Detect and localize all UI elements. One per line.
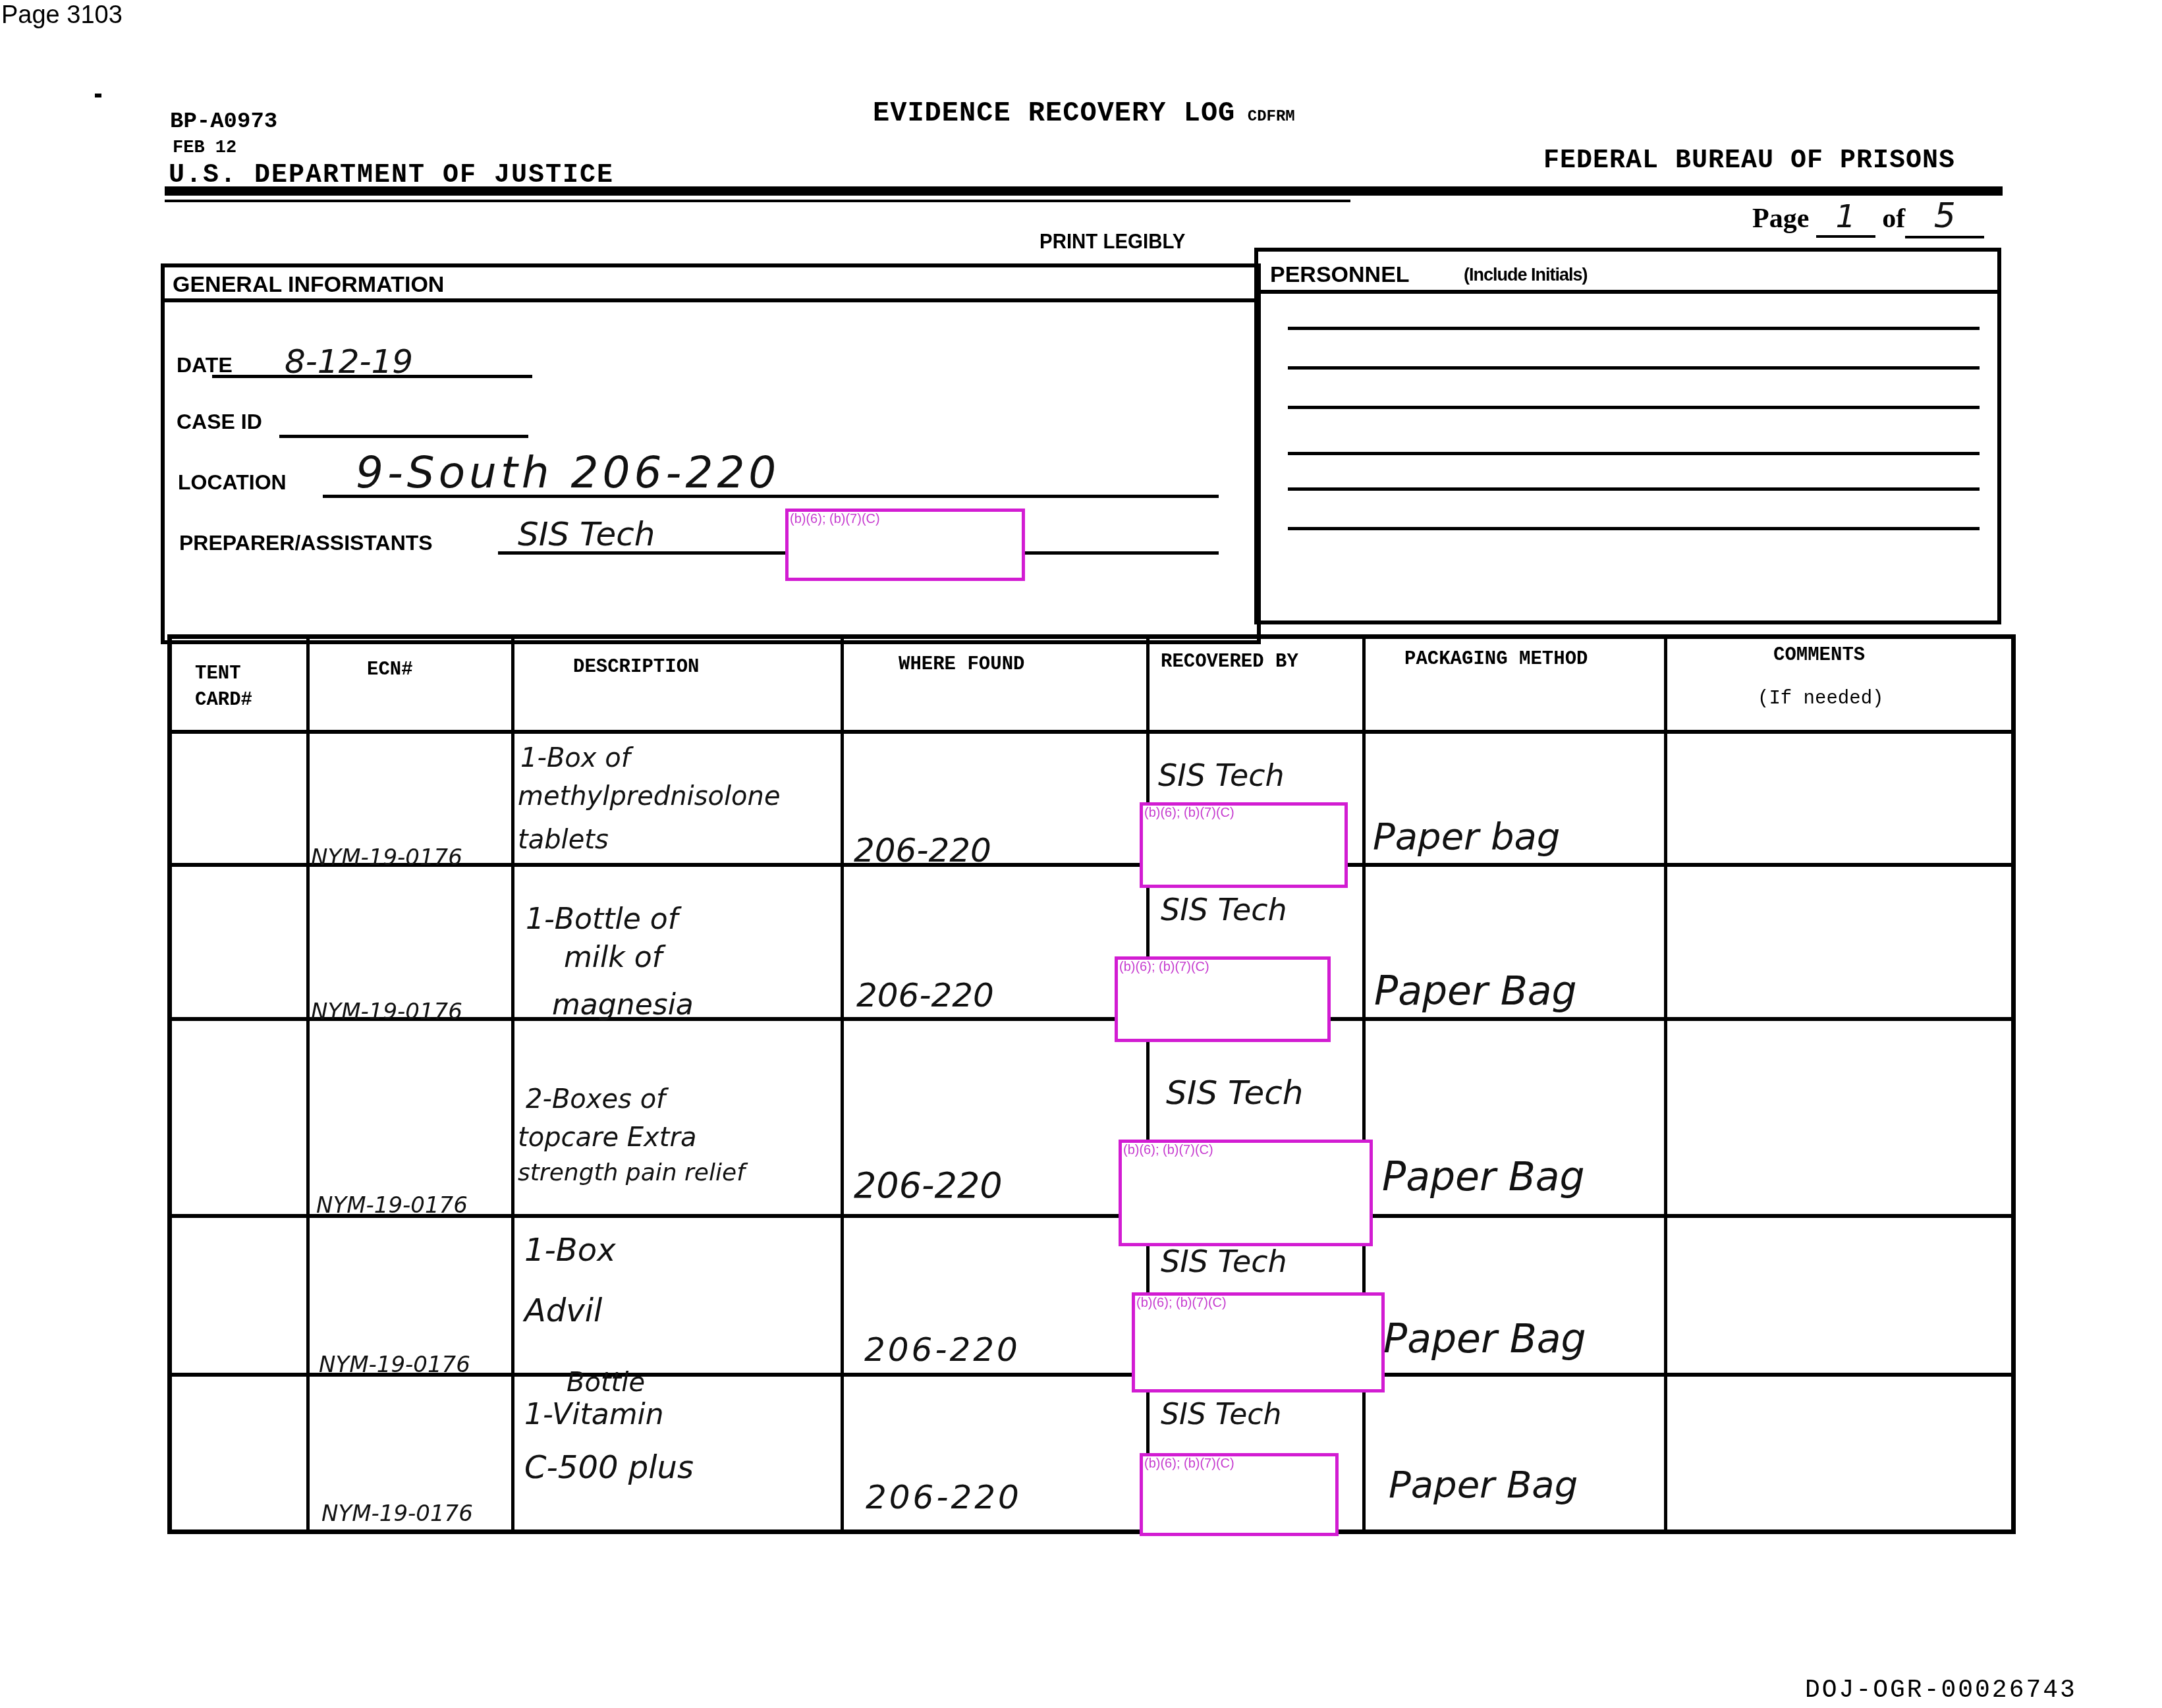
description-line: 1-Vitamin xyxy=(524,1398,664,1431)
where-found-cell[interactable]: 206-220 xyxy=(854,831,991,869)
print-legibly-note: PRINT LEGIBLY xyxy=(1039,229,1185,254)
comments-cell[interactable] xyxy=(1670,1025,2009,1213)
where-found-cell[interactable]: 206-220 xyxy=(856,976,994,1014)
scan-mark xyxy=(95,94,101,97)
preparer-redaction-box: (b)(6); (b)(7)(C) xyxy=(785,509,1025,581)
recovered-by-cell[interactable]: SIS Tech xyxy=(1158,758,1285,793)
column-header-tent-card: TENT CARD# xyxy=(195,661,281,713)
packaging-cell[interactable]: Paper Bag xyxy=(1374,968,1577,1014)
case-id-label: CASE ID xyxy=(177,410,262,434)
recovered-by-cell[interactable]: SIS Tech xyxy=(1166,1074,1303,1112)
packaging-cell[interactable]: Paper Bag xyxy=(1382,1154,1585,1200)
personnel-subheading: (Include Initials) xyxy=(1464,265,1588,285)
column-header-comments: COMMENTS xyxy=(1773,644,1865,666)
header-rule-thin xyxy=(165,200,1350,202)
comments-cell[interactable] xyxy=(1670,1381,2009,1531)
column-header-where-found: WHERE FOUND xyxy=(899,653,1024,675)
page-current-field[interactable]: 1 xyxy=(1816,198,1875,238)
tent-card-cell[interactable] xyxy=(177,1025,305,1213)
description-line: strength pain relief xyxy=(518,1159,745,1186)
ecn-cell[interactable]: NYM-19-0176 xyxy=(311,999,462,1025)
form-title: EVIDENCE RECOVERY LOG CDFRM xyxy=(873,97,1295,129)
form-date: FEB 12 xyxy=(173,138,236,158)
column-header-packaging-method: PACKAGING METHOD xyxy=(1404,648,1588,670)
redaction-code: (b)(6); (b)(7)(C) xyxy=(790,512,880,527)
description-line: 2-Boxes of xyxy=(526,1084,665,1115)
recovered-by-cell[interactable]: SIS Tech xyxy=(1161,1398,1281,1431)
col-divider-5 xyxy=(1362,636,1366,1534)
col-divider-3 xyxy=(841,636,844,1534)
recovered-by-redaction-box: (b)(6); (b)(7)(C) xyxy=(1140,802,1348,888)
recovered-by-redaction-box: (b)(6); (b)(7)(C) xyxy=(1140,1453,1339,1536)
recovered-by-cell[interactable]: SIS Tech xyxy=(1161,892,1287,927)
bates-number: DOJ-OGR-00026743 xyxy=(1805,1676,2077,1705)
redaction-code: (b)(6); (b)(7)(C) xyxy=(1144,1456,1234,1472)
personnel-line-2[interactable] xyxy=(1288,366,1980,370)
case-id-field[interactable] xyxy=(279,400,528,438)
comments-cell[interactable] xyxy=(1670,1223,2009,1371)
description-line: Bottle xyxy=(567,1367,645,1398)
date-field[interactable]: 8-12-19 xyxy=(212,343,532,378)
packaging-cell[interactable]: Paper Bag xyxy=(1389,1464,1578,1506)
general-info-heading: GENERAL INFORMATION xyxy=(173,272,444,298)
location-label: LOCATION xyxy=(178,470,287,495)
redaction-code: (b)(6); (b)(7)(C) xyxy=(1123,1143,1213,1158)
agency-name: FEDERAL BUREAU OF PRISONS xyxy=(1543,146,1955,176)
col-divider-2 xyxy=(511,636,514,1534)
form-number: BP-A0973 xyxy=(170,109,277,134)
personnel-line-3[interactable] xyxy=(1288,406,1980,409)
packaging-cell[interactable]: Paper Bag xyxy=(1383,1316,1586,1362)
recovered-by-redaction-box: (b)(6); (b)(7)(C) xyxy=(1132,1292,1385,1392)
description-line: magnesia xyxy=(552,988,694,1022)
personnel-line-5[interactable] xyxy=(1288,487,1980,491)
column-subheader-comments: (If needed) xyxy=(1758,688,1883,709)
page-total-field[interactable]: 5 xyxy=(1905,196,1984,238)
preparer-label: PREPARER/ASSISTANTS xyxy=(179,531,433,555)
header-rule xyxy=(165,186,2003,196)
personnel-heading: PERSONNEL xyxy=(1270,262,1410,288)
personnel-line-1[interactable] xyxy=(1288,327,1980,330)
redaction-code: (b)(6); (b)(7)(C) xyxy=(1119,960,1209,975)
description-line: C-500 plus xyxy=(524,1449,694,1486)
comments-cell[interactable] xyxy=(1670,869,2009,1014)
personnel-line-6[interactable] xyxy=(1288,527,1980,530)
table-header-rule xyxy=(167,730,2016,734)
description-line: topcare Extra xyxy=(518,1122,696,1153)
page-of: of xyxy=(1882,204,1905,234)
where-found-cell[interactable]: 206-220 xyxy=(866,1478,1022,1516)
where-found-cell[interactable]: 206-220 xyxy=(864,1331,1020,1369)
tent-card-cell[interactable] xyxy=(177,869,305,1014)
page-count: Page 1 of5 xyxy=(1752,196,1984,238)
where-found-cell[interactable]: 206-220 xyxy=(854,1165,1003,1206)
column-header-description: DESCRIPTION xyxy=(573,656,699,678)
column-header-ecn: ECN# xyxy=(367,659,413,680)
comments-cell[interactable] xyxy=(1670,738,2009,860)
location-field[interactable]: 9-South 206-220 xyxy=(323,448,1219,498)
recovered-by-cell[interactable]: SIS Tech xyxy=(1161,1244,1287,1279)
title-text: EVIDENCE RECOVERY LOG xyxy=(873,97,1235,129)
col-divider-4 xyxy=(1146,636,1150,1534)
description-line: 1-Box of xyxy=(520,743,630,773)
tent-card-cell[interactable] xyxy=(177,738,305,860)
description-line: methylprednisolone xyxy=(518,781,781,812)
col-divider-6 xyxy=(1664,636,1667,1534)
description-line: 1-Box xyxy=(524,1232,616,1269)
description-line: 1-Bottle of xyxy=(526,902,678,936)
packaging-cell[interactable]: Paper bag xyxy=(1373,815,1560,858)
personnel-header-rule xyxy=(1254,290,2000,294)
page-prefix: Page xyxy=(1752,204,1809,234)
ecn-cell[interactable]: NYM-19-0176 xyxy=(321,1501,473,1527)
tent-card-cell[interactable] xyxy=(177,1223,305,1371)
col-divider-1 xyxy=(306,636,310,1534)
redaction-code: (b)(6); (b)(7)(C) xyxy=(1144,806,1234,821)
recovered-by-redaction-box: (b)(6); (b)(7)(C) xyxy=(1115,956,1331,1042)
redaction-code: (b)(6); (b)(7)(C) xyxy=(1136,1296,1227,1311)
column-header-recovered-by: RECOVERED BY xyxy=(1161,651,1298,673)
tent-card-cell[interactable] xyxy=(177,1381,305,1531)
ecn-cell[interactable]: NYM-19-0176 xyxy=(319,1352,470,1378)
recovered-by-redaction-box: (b)(6); (b)(7)(C) xyxy=(1119,1140,1373,1246)
title-suffix: CDFRM xyxy=(1248,108,1295,126)
description-line: milk of xyxy=(564,941,662,974)
description-line: Advil xyxy=(524,1292,602,1329)
personnel-section xyxy=(1254,248,2001,624)
general-info-header-rule xyxy=(161,298,1258,302)
ecn-cell[interactable]: NYM-19-0176 xyxy=(311,844,462,871)
personnel-line-4[interactable] xyxy=(1288,452,1980,455)
page-label: Page 3103 xyxy=(1,1,123,30)
description-line: tablets xyxy=(518,825,609,855)
ecn-cell[interactable]: NYM-19-0176 xyxy=(316,1192,468,1219)
